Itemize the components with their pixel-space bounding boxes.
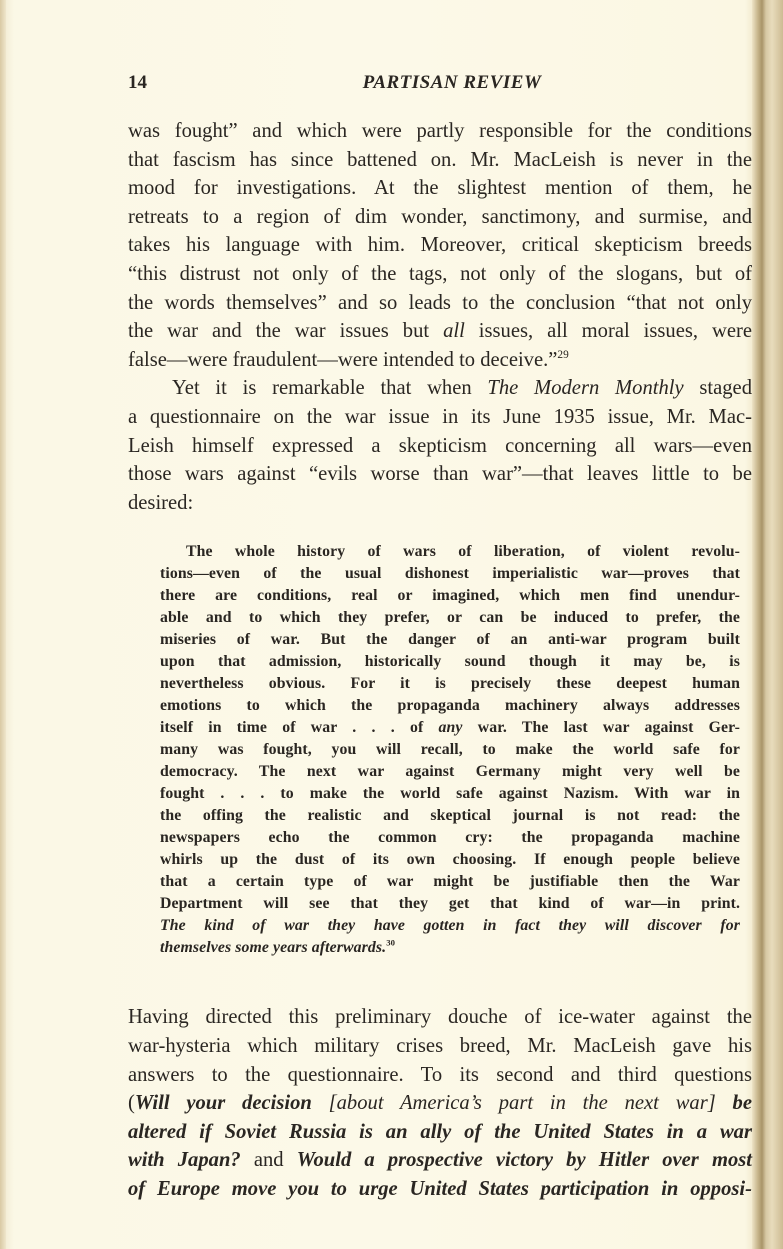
footnote-ref-29[interactable]: 29 (557, 349, 568, 361)
text-line: answers to the questionnaire. To its sec… (128, 1061, 752, 1090)
text-run: issues, all moral issues, were (465, 320, 752, 342)
body-text: was fought” and which were partly respon… (128, 117, 752, 1203)
footnote-ref-30[interactable]: 30 (386, 938, 395, 948)
text-line: the words themselves” and so leads to th… (128, 289, 752, 318)
quote-line: whirls up the dust of its own choosing. … (160, 849, 740, 871)
text-line: those wars against “evils worse than war… (128, 460, 752, 489)
text-run: Yet it is remarkable that when (172, 377, 487, 399)
text-run: staged (684, 377, 752, 399)
journal-title: The Modern Monthly (487, 377, 683, 399)
text-run: ( (128, 1092, 135, 1114)
question-text: with Japan? (128, 1149, 241, 1171)
italic-run: The kind of war they have gotten in fact… (160, 917, 740, 934)
text-line: retreats to a region of dim wonder, sanc… (128, 203, 752, 232)
text-run: war. The last war against Ger- (463, 719, 740, 736)
quote-line-italic: themselves some years afterwards.30 (160, 937, 740, 959)
italic-run: themselves some years afterwards. (160, 939, 386, 956)
book-page: 14 PARTISAN REVIEW was fought” and which… (0, 0, 783, 1249)
text-run: false—were fraudulent—were intended to d… (128, 349, 557, 371)
text-line: of Europe move you to urge United States… (128, 1175, 752, 1204)
paragraph-3: Having directed this preliminary douche … (128, 1003, 752, 1203)
quote-line: democracy. The next war against Germany … (160, 761, 740, 783)
running-head: PARTISAN REVIEW (128, 72, 752, 94)
quote-line: many was fought, you will recall, to mak… (160, 739, 740, 761)
book-spine-shadow (752, 0, 783, 1249)
page-header: 14 PARTISAN REVIEW (128, 72, 752, 98)
paragraph-2: Yet it is remarkable that when The Moder… (128, 374, 752, 517)
quote-line: there are conditions, real or imagined, … (160, 585, 740, 607)
text-line: altered if Soviet Russia is an ally of t… (128, 1118, 752, 1147)
paragraph-1: was fought” and which were partly respon… (128, 117, 752, 374)
text-line: war-hysteria which military crises breed… (128, 1032, 752, 1061)
emphasis-any: any (439, 719, 463, 736)
question-text: of Europe move you to urge United States… (128, 1178, 752, 1200)
text-line: that fascism has since battened on. Mr. … (128, 146, 752, 175)
text-run: itself in time of war . . . of (160, 719, 439, 736)
text-line: with Japan? and Would a prospective vict… (128, 1146, 752, 1175)
quote-line: newspapers echo the common cry: the prop… (160, 827, 740, 849)
quote-line: tions—even of the usual dishonest imperi… (160, 563, 740, 585)
text-line: false—were fraudulent—were intended to d… (128, 346, 752, 375)
quote-line: emotions to which the propaganda machine… (160, 695, 740, 717)
text-line: was fought” and which were partly respon… (128, 117, 752, 146)
quote-line: fought . . . to make the world safe agai… (160, 783, 740, 805)
question-text: Would a prospective victory by Hitler ov… (297, 1149, 752, 1171)
text-run: and (241, 1149, 297, 1171)
quote-line: The whole history of wars of liberation,… (160, 541, 740, 563)
text-line: Having directed this preliminary douche … (128, 1003, 752, 1032)
quote-line-italic: The kind of war they have gotten in fact… (160, 915, 740, 937)
emphasis-all: all (443, 320, 465, 342)
text-line: Leish himself expressed a skepticism con… (128, 432, 752, 461)
quote-line: that a certain type of war might be just… (160, 871, 740, 893)
text-run: the war and the war issues but (128, 320, 443, 342)
text-line: mood for investigations. At the slightes… (128, 174, 752, 203)
question-text: altered if Soviet Russia is an ally of t… (128, 1121, 752, 1143)
question-text: Will your decision (135, 1092, 329, 1114)
text-line: a questionnaire on the war issue in its … (128, 403, 752, 432)
quote-line: miseries of war. But the danger of an an… (160, 629, 740, 651)
page-left-edge (0, 0, 6, 1249)
block-quote: The whole history of wars of liberation,… (160, 541, 740, 959)
quote-line: itself in time of war . . . of any war. … (160, 717, 740, 739)
text-line: takes his language with him. Moreover, c… (128, 231, 752, 260)
quote-line: nevertheless obvious. For it is precisel… (160, 673, 740, 695)
quote-line: upon that admission, historically sound … (160, 651, 740, 673)
text-line: Yet it is remarkable that when The Moder… (128, 374, 752, 403)
quote-line: Department will see that they get that k… (160, 893, 740, 915)
text-line: desired: (128, 489, 752, 518)
text-line: (Will your decision [about America’s par… (128, 1089, 752, 1118)
quote-line: able and to which they prefer, or can be… (160, 607, 740, 629)
text-line: the war and the war issues but all issue… (128, 317, 752, 346)
question-text: be (716, 1092, 752, 1114)
bracketed-insertion: [about America’s part in the next war] (329, 1092, 716, 1114)
text-line: “this distrust not only of the tags, not… (128, 260, 752, 289)
quote-line: the offing the realistic and skeptical j… (160, 805, 740, 827)
